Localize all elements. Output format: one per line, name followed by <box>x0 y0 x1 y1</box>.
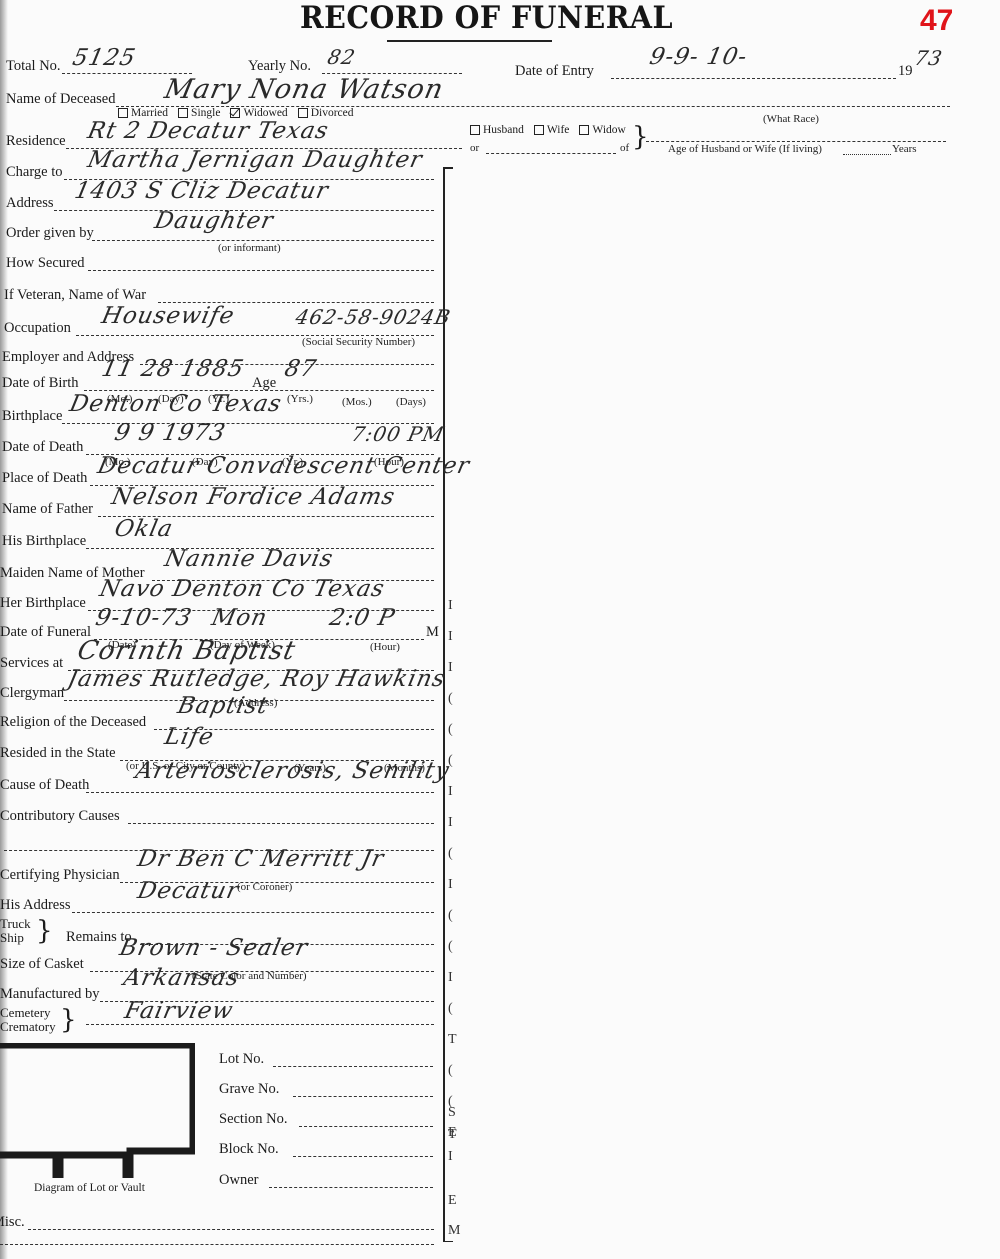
date-of-entry-year-value[interactable]: 73 <box>912 46 945 70</box>
margin-letter: E <box>448 1190 460 1212</box>
checkbox[interactable] <box>470 125 480 135</box>
dotted-line[interactable] <box>88 270 434 271</box>
field-owner: Owner <box>219 1161 439 1191</box>
funeral-hour-value[interactable]: 2:0 P <box>327 605 397 631</box>
place-of-death-value[interactable]: Decatur Convalescent Center <box>95 453 472 479</box>
mother-birthplace-value[interactable]: Navo Denton Co Texas <box>97 576 387 602</box>
margin-letter: I <box>448 807 457 838</box>
social-security-value[interactable]: 462-58-9024B <box>293 305 453 329</box>
field-label: Resided in the State <box>0 745 116 764</box>
father-birthplace-value[interactable]: Okla <box>112 516 175 542</box>
dotted-line[interactable] <box>293 1096 433 1097</box>
field-block-no: Block No. <box>219 1130 439 1160</box>
field-label: Order given by <box>6 225 94 244</box>
lot-vault-diagram <box>0 1043 195 1178</box>
diagram-caption: Diagram of Lot or Vault <box>34 1182 145 1194</box>
dotted-line <box>72 912 434 913</box>
cemetery-value[interactable]: Fairview <box>122 998 236 1024</box>
birthplace-value[interactable]: Denton Co Texas <box>67 391 284 417</box>
field-label: Misc. <box>0 1214 25 1233</box>
field-misc: Misc. <box>0 1203 440 1233</box>
margin-letter: I <box>448 869 457 900</box>
cause-of-death-value[interactable]: Arteriosclerosis, Senility <box>133 758 452 784</box>
date-of-death-value[interactable]: 9 9 1973 <box>112 420 228 446</box>
field-label: Size of Casket <box>0 956 84 975</box>
spouse-type-group: Husband Wife Widow <box>470 124 626 136</box>
margin-letter: M <box>448 1220 460 1242</box>
field-contributory-causes: Contributory Causes <box>0 797 440 827</box>
truck-label: Truck <box>0 917 31 930</box>
date-of-entry-row: Date of Entry 9-9- 10- 19 73 <box>515 52 955 82</box>
yearly-number-value[interactable]: 82 <box>325 45 358 69</box>
order-given-by-value[interactable]: Daughter <box>152 208 276 234</box>
field-label: Residence <box>6 133 66 152</box>
field-date-of-birth: Date of Birth 11 28 1885 Age 87 <box>0 364 440 394</box>
field-lot-no: Lot No. <box>219 1040 439 1070</box>
spouse-option-widow[interactable]: Widow <box>579 124 625 136</box>
resided-in-state-value[interactable]: Life <box>162 724 216 750</box>
field-occupation: Occupation Housewife 462-58-9024B <box>0 309 450 339</box>
spouse-or-label: or <box>470 142 479 154</box>
mother-maiden-name-value[interactable]: Nannie Davis <box>162 546 336 572</box>
field-label: Grave No. <box>219 1081 279 1100</box>
field-label: Charge to <box>6 164 63 183</box>
spouse-age-label: Age of Husband or Wife (If living) <box>668 143 822 155</box>
field-label: Contributory Causes <box>0 808 120 827</box>
field-label: Name of Father <box>2 501 93 520</box>
clergyman-value[interactable]: James Rutledge, Roy Hawkins <box>65 666 448 692</box>
margin-letter: ( <box>448 1055 457 1086</box>
residence-value[interactable]: Rt 2 Decatur Texas <box>85 118 331 144</box>
field-label: Lot No. <box>219 1051 264 1070</box>
dotted-line <box>86 1024 434 1025</box>
field-religion: Religion of the Deceased Baptist <box>0 703 440 733</box>
hour-of-death-value[interactable]: 7:00 PM <box>349 422 446 446</box>
ship-label: Ship <box>0 931 24 944</box>
dotted-line <box>843 154 891 155</box>
spouse-years-label: Years <box>892 143 917 155</box>
field-how-secured: How Secured <box>0 244 440 274</box>
field-veteran-war: If Veteran, Name of War <box>0 276 440 306</box>
crematory-label: Crematory <box>0 1020 56 1033</box>
field-name-of-father: Name of Father Nelson Fordice Adams <box>0 490 440 520</box>
page-number: 47 <box>920 4 953 38</box>
field-label: Clergyman <box>0 685 64 704</box>
field-section-no: Section No. <box>219 1100 439 1130</box>
field-label: Religion of the Deceased <box>0 714 146 733</box>
dotted-line <box>611 78 896 79</box>
dotted-line[interactable] <box>128 823 434 824</box>
field-label: Address <box>6 195 54 214</box>
field-name-of-deceased: Name of Deceased Mary Nona Watson <box>0 80 950 110</box>
funeral-day-value[interactable]: Mon <box>209 605 270 631</box>
margin-letter: I <box>448 590 457 621</box>
field-label: Date of Birth <box>2 375 79 394</box>
casket-value[interactable]: Brown - Sealer <box>117 935 310 961</box>
manufacturer-value[interactable]: Arkansas <box>121 965 242 991</box>
field-cause-of-death: Cause of Death Arteriosclerosis, Senilit… <box>0 766 440 796</box>
dotted-line <box>486 153 616 154</box>
margin-letter: T <box>448 1124 460 1146</box>
checkbox-checked[interactable] <box>230 108 240 118</box>
field-label: How Secured <box>6 255 85 274</box>
total-number-value[interactable]: 5125 <box>70 45 138 71</box>
field-label: Place of Death <box>2 470 87 489</box>
physician-address-value[interactable]: Decatur <box>135 878 241 904</box>
field-grave-no: Grave No. <box>219 1070 439 1100</box>
option-label: Widow <box>592 124 625 136</box>
form-divider-tick <box>443 167 453 169</box>
services-at-value[interactable]: Corinth Baptist <box>75 636 299 666</box>
field-label: Certifying Physician <box>0 867 120 886</box>
margin-letter: I <box>448 962 457 993</box>
funeral-meridiem-suffix: M <box>426 624 439 643</box>
spouse-option-wife[interactable]: Wife <box>534 124 570 136</box>
field-label: Block No. <box>219 1141 279 1160</box>
brace: } <box>632 124 649 150</box>
field-label: Her Birthplace <box>0 595 86 614</box>
margin-letter: ( <box>448 745 457 776</box>
field-label: Section No. <box>219 1111 287 1130</box>
field-label: Cause of Death <box>0 777 89 796</box>
age-value[interactable]: 87 <box>282 356 319 382</box>
dotted-line[interactable] <box>273 1066 433 1067</box>
spacer <box>448 1212 460 1220</box>
option-label: Husband <box>483 124 524 136</box>
margin-letter: ( <box>448 714 457 745</box>
margin-letter: I <box>448 621 457 652</box>
field-label: Birthplace <box>2 408 62 427</box>
cropped-margin-text-lower: S T I E M <box>448 1102 460 1242</box>
deceased-name-value[interactable]: Mary Nona Watson <box>162 74 447 105</box>
total-number-row: Total No. 5125 Yearly No. 82 <box>0 47 460 77</box>
checkbox[interactable] <box>118 108 128 118</box>
field-label: His Address <box>0 897 71 916</box>
address-value[interactable]: 1403 S Cliz Decatur <box>72 178 331 204</box>
dotted-line <box>92 240 434 241</box>
date-of-entry-value[interactable]: 9-9- 10- <box>647 44 750 70</box>
margin-letter: T <box>448 1024 457 1055</box>
margin-letter: ( <box>448 900 457 931</box>
dotted-line[interactable] <box>293 1156 433 1157</box>
field-label: Date of Funeral <box>0 624 91 643</box>
spacer <box>448 1168 460 1190</box>
checkbox[interactable] <box>579 125 589 135</box>
margin-letter: ( <box>448 683 457 714</box>
field-label: Services at <box>0 655 63 674</box>
checkbox[interactable] <box>178 108 188 118</box>
dotted-line[interactable] <box>269 1187 433 1188</box>
occupation-value[interactable]: Housewife <box>99 303 237 329</box>
margin-letter: I <box>448 1146 460 1168</box>
date-of-birth-value[interactable]: 11 28 1885 <box>99 356 246 382</box>
field-label: Manufactured by <box>0 986 99 1005</box>
total-number-label: Total No. <box>6 58 61 77</box>
margin-letter: I <box>448 776 457 807</box>
dotted-line[interactable] <box>28 1229 434 1230</box>
field-label: His Birthplace <box>2 533 86 552</box>
title-underline <box>387 40 552 42</box>
dotted-line[interactable] <box>299 1126 433 1127</box>
brace: } <box>60 1007 77 1033</box>
margin-letter: ( <box>448 838 457 869</box>
dotted-line <box>86 792 434 793</box>
field-label: Owner <box>219 1172 258 1191</box>
funeral-date-value[interactable]: 9-10-73 <box>93 605 194 631</box>
margin-letter: ( <box>448 931 457 962</box>
checkbox[interactable] <box>298 108 308 118</box>
certifying-physician-value[interactable]: Dr Ben C Merritt Jr <box>135 846 386 872</box>
dotted-line <box>646 141 946 142</box>
what-race-label: (What Race) <box>763 113 819 125</box>
field-label: Occupation <box>4 320 71 339</box>
father-name-value[interactable]: Nelson Fordice Adams <box>109 484 397 510</box>
margin-letter: I <box>448 652 457 683</box>
field-label: Name of Deceased <box>6 91 116 110</box>
spouse-of-label: of <box>620 142 629 154</box>
page-title: RECORD OF FUNERAL <box>300 0 673 36</box>
field-his-address: His Address Decatur <box>0 886 440 916</box>
field-order-given-by: Order given by Daughter <box>0 214 440 244</box>
checkbox[interactable] <box>534 125 544 135</box>
margin-letter: ( <box>448 993 457 1024</box>
dotted-line[interactable] <box>0 1244 434 1245</box>
spouse-option-husband[interactable]: Husband <box>470 124 524 136</box>
cemetery-label: Cemetery <box>0 1006 51 1019</box>
margin-letter: S <box>448 1102 460 1124</box>
religion-value[interactable]: Baptist <box>175 693 271 719</box>
option-label: Wife <box>547 124 570 136</box>
charge-to-value[interactable]: Martha Jernigan Daughter <box>85 147 425 173</box>
brace: } <box>36 918 53 944</box>
cropped-margin-text: I I I ( ( ( I I ( I ( ( I ( T ( ( E <box>448 590 457 1148</box>
field-label: Date of Death <box>2 439 83 458</box>
